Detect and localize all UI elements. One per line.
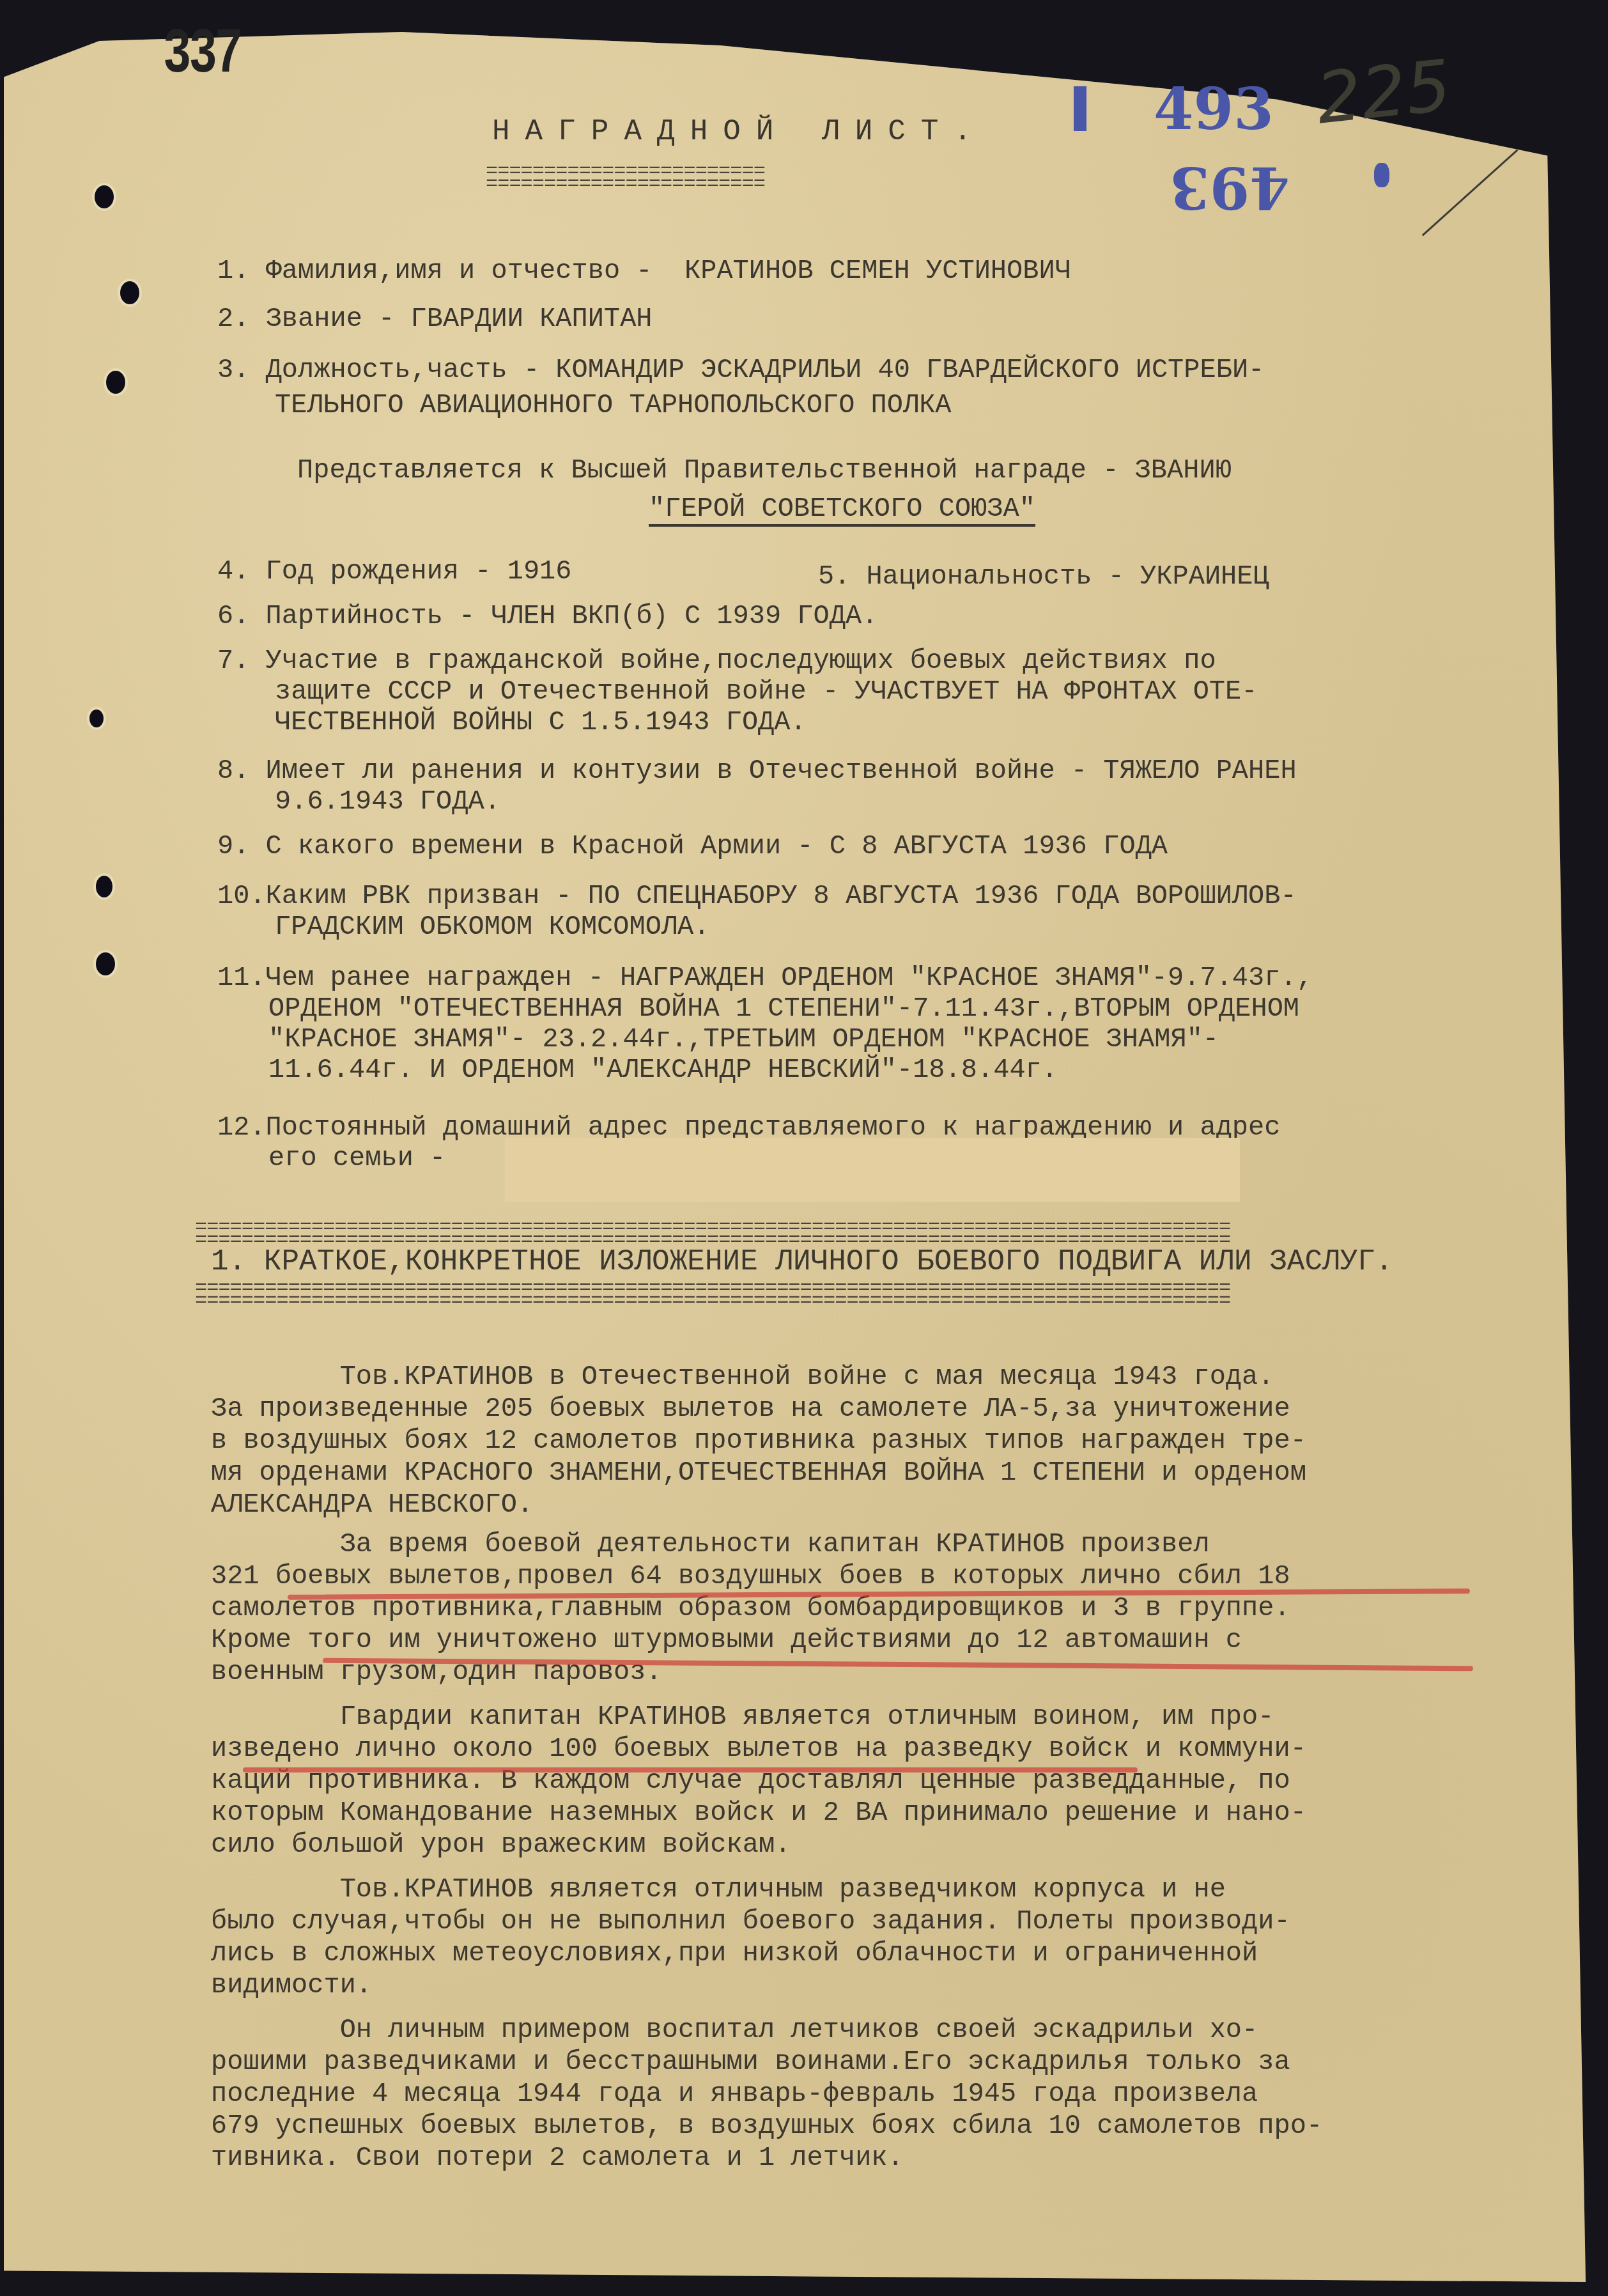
body-line: сило большой урон вражеским войскам. [211,1829,791,1860]
body-line: Тов.КРАТИНОВ в Отечественной войне с мая… [211,1361,1274,1392]
field-5-nationality: 5. Национальность - УКРАИНЕЦ [818,561,1269,592]
field-12-line2: его семьи - [268,1143,445,1174]
stamp-mark [1374,163,1389,187]
field-8-line2: 9.6.1943 ГОДА. [275,786,500,817]
field-3-position: 3. Должность,часть - КОМАНДИР ЭСКАДРИЛЬИ… [217,355,1264,385]
section-rule-bottom: ========================================… [195,1282,1601,1307]
body-line: было случая,чтобы он не выполнил боевого… [211,1906,1290,1937]
field-11-line3: "КРАСНОЕ ЗНАМЯ"- 23.2.44г.,ТРЕТЬИМ ОРДЕН… [268,1024,1219,1055]
field-7-line2: защите СССР и Отечественной войне - УЧАС… [275,676,1257,707]
field-3-position-cont: ТЕЛЬНОГО АВИАЦИОННОГО ТАРНОПОЛЬСКОГО ПОЛ… [275,390,952,421]
body-line: АЛЕКСАНДРА НЕВСКОГО. [211,1489,533,1520]
punch-hole [95,185,114,208]
body-line: За время боевой деятельности капитан КРА… [211,1529,1210,1560]
field-2-rank: 2. Звание - ГВАРДИИ КАПИТАН [217,304,653,334]
field-9-service-since: 9. С какого времени в Красной Армии - С … [217,831,1168,862]
body-line: 679 успешных боевых вылетов, в воздушных… [211,2111,1322,2141]
body-line: последние 4 месяца 1944 года и январь-фе… [211,2079,1258,2109]
field-7-line1: 7. Участие в гражданской войне,последующ… [217,646,1216,676]
punch-hole [96,876,112,897]
body-line: рошими разведчиками и бесстрашными воина… [211,2047,1290,2077]
body-line: тивника. Свои потери 2 самолета и 1 летч… [211,2143,904,2173]
section-rule-top: ========================================… [195,1221,1601,1246]
redacted-address [505,1138,1240,1202]
field-10-line1: 10.Каким РВК призван - ПО СПЕЦНАБОРУ 8 А… [217,881,1297,911]
field-11-line1: 11.Чем ранее награжден - НАГРАЖДЕН ОРДЕН… [217,963,1313,993]
field-8-line1: 8. Имеет ли ранения и контузии в Отечест… [217,756,1297,786]
body-line: 321 боевых вылетов,провел 64 воздушных б… [211,1561,1290,1592]
nomination-line: Представляется к Высшей Правительственно… [297,455,1232,486]
nomination-award: "ГЕРОЙ СОВЕТСКОГО СОЮЗА" [649,493,1035,527]
field-11-line2: ОРДЕНОМ "ОТЕЧЕСТВЕННАЯ ВОЙНА 1 СТЕПЕНИ"-… [268,993,1299,1024]
sheet-number: 337 [163,19,240,91]
punch-hole [106,371,125,394]
body-line: За произведенные 205 боевых вылетов на с… [211,1393,1290,1424]
field-4-birth-year: 4. Год рождения - 1916 [217,556,572,587]
field-7-line3: ЧЕСТВЕННОЙ ВОЙНЫ С 1.5.1943 ГОДА. [275,707,807,738]
archive-stamp-number: 493 [1154,75,1274,143]
body-line: Тов.КРАТИНОВ является отличным разведчик… [211,1874,1226,1905]
document-title: НАГРАДНОЙ ЛИСТ. [492,115,987,148]
body-line: Гвардии капитан КРАТИНОВ является отличн… [211,1702,1274,1732]
punch-hole [96,952,115,975]
red-pencil-underline [243,1767,1138,1772]
body-line: в воздушных боях 12 самолетов противника… [211,1425,1306,1456]
body-line: Кроме того им уничтожено штурмовыми дейс… [211,1625,1242,1656]
stamp-mark [1074,86,1086,131]
body-line: лись в сложных метеоусловиях,при низкой … [211,1938,1258,1969]
body-line: изведено лично около 100 боевых вылетов … [211,1734,1306,1764]
handwritten-number: 225 [1313,44,1455,139]
title-underline: ========================================… [486,165,1048,190]
section-heading: 1. КРАТКОЕ,КОНКРЕТНОЕ ИЗЛОЖЕНИЕ ЛИЧНОГО … [211,1246,1393,1277]
archive-stamp-number-inverted: 493 [1170,153,1290,221]
body-line: Он личным примером воспитал летчиков сво… [211,2015,1258,2045]
field-6-party: 6. Партийность - ЧЛЕН ВКП(б) С 1939 ГОДА… [217,601,877,632]
punch-hole [89,710,104,727]
field-10-line2: ГРАДСКИМ ОБКОМОМ КОМСОМОЛА. [275,911,710,942]
punch-hole [120,281,139,304]
body-line: видимости. [211,1970,372,2001]
body-line: которым Командование наземных войск и 2 … [211,1797,1306,1828]
field-11-line4: 11.6.44г. И ОРДЕНОМ "АЛЕКСАНДР НЕВСКИЙ"-… [268,1055,1058,1085]
body-line: мя орденами КРАСНОГО ЗНАМЕНИ,ОТЕЧЕСТВЕНН… [211,1457,1306,1488]
field-1-name: 1. Фамилия,имя и отчество - КРАТИНОВ СЕМ… [217,256,1071,286]
